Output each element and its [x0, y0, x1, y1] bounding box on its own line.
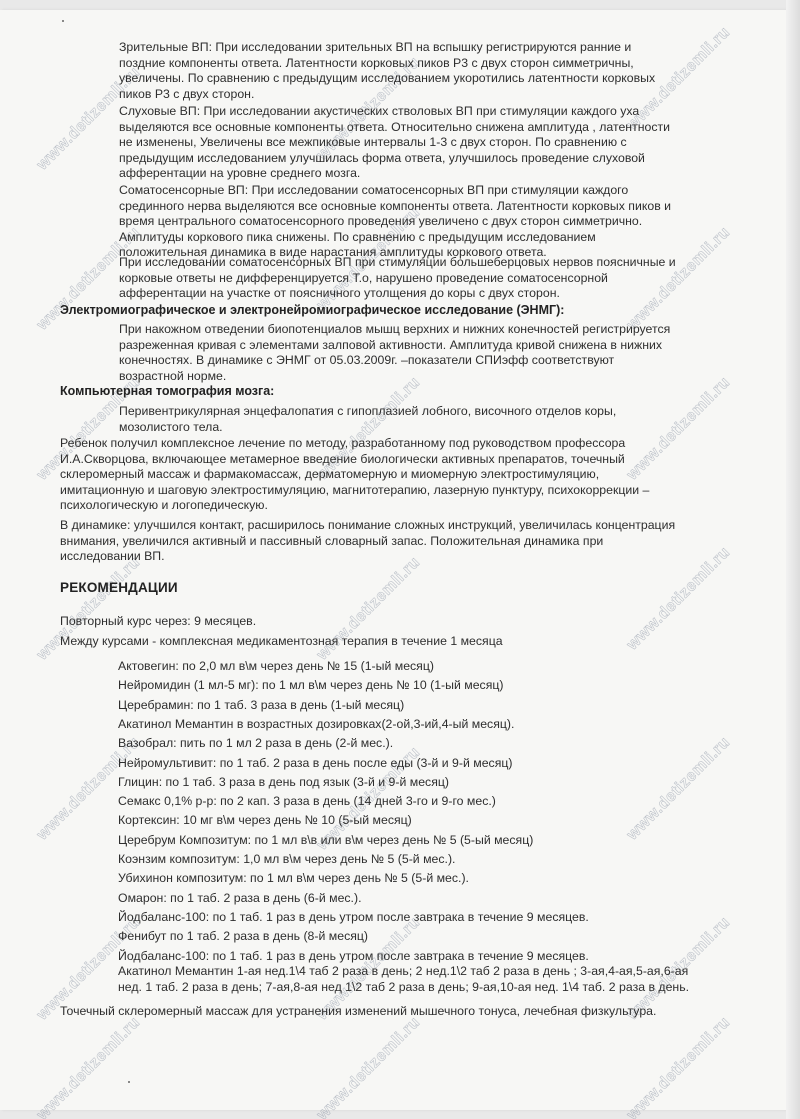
scan-edge: [786, 0, 800, 1119]
medication-item: Фенибут по 1 таб. 2 раза в день (8-й мес…: [118, 929, 368, 943]
medication-item: Нейромультивит: по 1 таб. 2 раза в день …: [118, 756, 513, 770]
medication-item: Акатинол Мемантин в возрастных дозировка…: [118, 717, 514, 731]
medication-item: Йодбаланс-100: по 1 таб. 1 раз в день ут…: [118, 910, 589, 924]
medication-item: Нейромидин (1 мл-5 мг): по 1 мл в\м чере…: [118, 678, 504, 692]
treatment-paragraph: Ребенок получил комплексное лечение по м…: [60, 436, 649, 514]
ct-heading: Компьютерная томография мозга:: [60, 384, 274, 398]
medication-item: Глицин: по 1 таб. 3 раза в день под язык…: [118, 775, 449, 789]
dynamics-paragraph: В динамике: улучшился контакт, расширило…: [60, 518, 675, 565]
medication-item: Коэнзим композитум: 1,0 мл в\м через ден…: [118, 852, 455, 866]
enmg-heading: Электромиографическое и электронейромиог…: [60, 303, 564, 317]
somatosensory-tibial-paragraph: При исследовании соматосенсорных ВП при …: [119, 255, 676, 302]
medication-item: Кортексин: 10 мг в\м через день № 10 (5-…: [118, 813, 412, 827]
recommendations-heading: РЕКОМЕНДАЦИИ: [60, 580, 178, 595]
medication-item: Церебрум Композитум: по 1 мл в\в или в\м…: [118, 833, 533, 847]
between-courses: Между курсами - комплексная медикаментоз…: [60, 634, 503, 650]
ct-paragraph: Перивентрикулярная энцефалопатия с гипоп…: [119, 404, 616, 435]
medication-item: Вазобрал: пить по 1 мл 2 раза в день (2-…: [118, 736, 393, 750]
medication-item: Йодбаланс-100: по 1 таб. 1 раз в день ут…: [118, 949, 589, 963]
somatosensory-ep-paragraph: Соматосенсорные ВП: При исследовании сом…: [119, 183, 671, 261]
medication-item: Омарон: по 1 таб. 2 раза в день (6-й мес…: [118, 891, 362, 905]
scan-speck: [62, 20, 64, 22]
medication-item: Актовегин: по 2,0 мл в\м через день № 15…: [118, 659, 434, 673]
auditory-ep-paragraph: Слуховые ВП: При исследовании акустическ…: [119, 104, 670, 182]
memantine-schedule: Акатинол Мемантин 1-ая нед.1\4 таб 2 раз…: [118, 964, 689, 995]
enmg-paragraph: При накожном отведении биопотенциалов мы…: [119, 322, 670, 384]
medication-item: Церебрамин: по 1 таб. 3 раза в день (1-ы…: [118, 698, 404, 712]
scan-speck: [128, 1081, 130, 1083]
repeat-course: Повторный курс через: 9 месяцев.: [60, 614, 256, 630]
medication-item: Семакс 0,1% р-р: по 2 кап. 3 раза в день…: [118, 794, 496, 808]
medication-item: Убихинон композитум: по 1 мл в\м через д…: [118, 871, 469, 885]
visual-ep-paragraph: Зрительные ВП: При исследовании зрительн…: [119, 40, 655, 102]
massage-recommendation: Точечный склеромерный массаж для устране…: [60, 1004, 656, 1020]
